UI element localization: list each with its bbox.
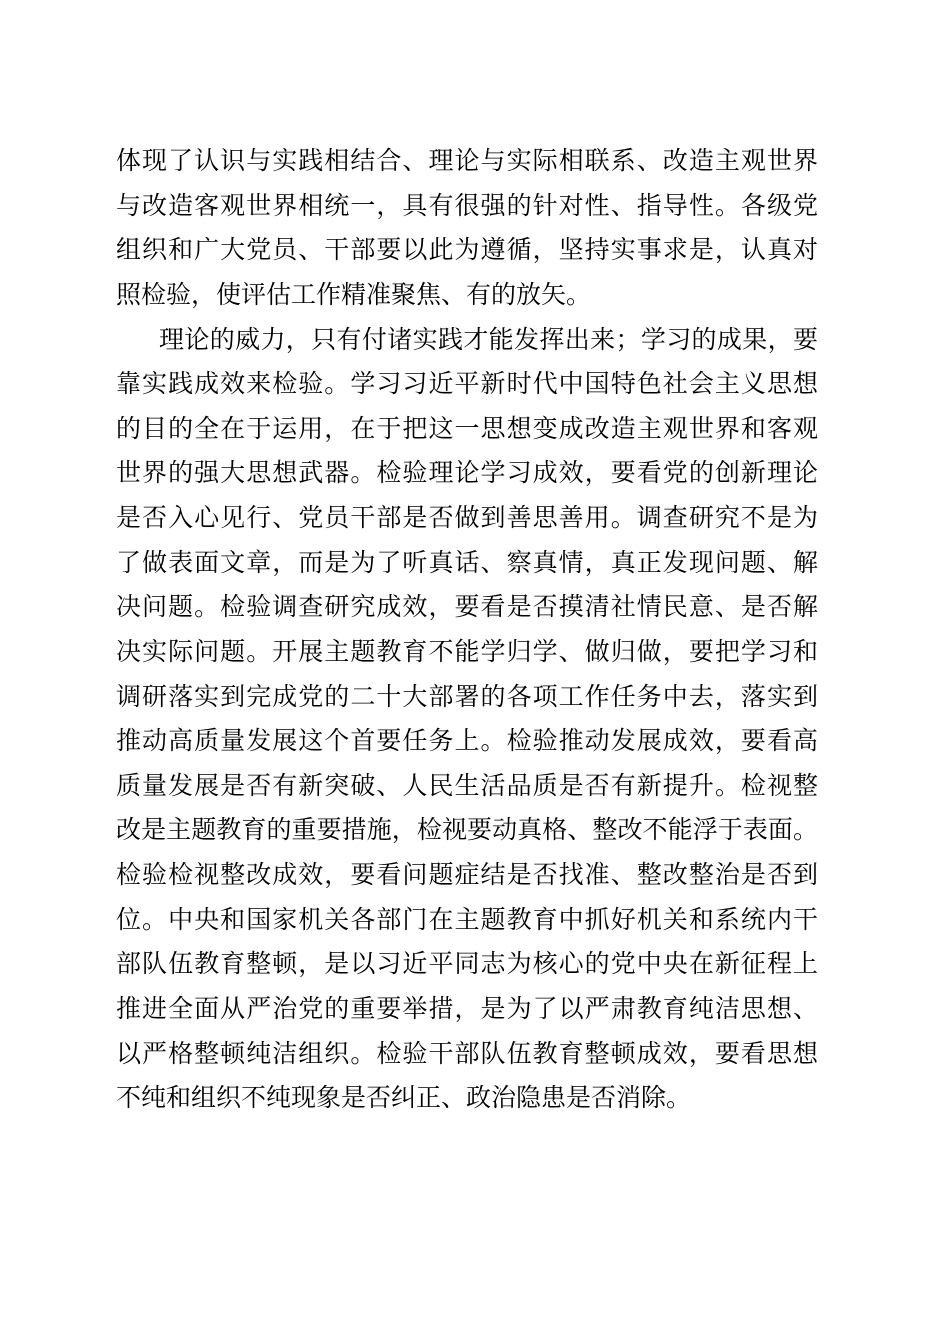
text-line: 不纯和组织不纯现象是否纠正、政治隐患是否消除。	[116, 1077, 818, 1122]
text-line: 检验检视整改成效，要看问题症结是否找准、整改整治是否到	[116, 854, 818, 899]
text-line: 决问题。检验调查研究成效，要看是否摸清社情民意、是否解	[116, 586, 818, 631]
text-line: 世界的强大思想武器。检验理论学习成效，要看党的创新理论	[116, 452, 818, 497]
text-line: 以严格整顿纯洁组织。检验干部队伍教育整顿成效，要看思想	[116, 1033, 818, 1078]
text-line: 照检验，使评估工作精准聚焦、有的放矢。	[116, 274, 818, 319]
text-line: 体现了认识与实践相结合、理论与实际相联系、改造主观世界	[116, 140, 818, 185]
text-line: 是否入心见行、党员干部是否做到善思善用。调查研究不是为	[116, 497, 818, 542]
paragraph-2: 理论的威力，只有付诸实践才能发挥出来；学习的成果，要 靠实践成效来检验。学习习近…	[116, 319, 818, 1122]
text-line: 质量发展是否有新突破、人民生活品质是否有新提升。检视整	[116, 765, 818, 810]
paragraph-1: 体现了认识与实践相结合、理论与实际相联系、改造主观世界 与改造客观世界相统一，具…	[116, 140, 818, 319]
text-line: 与改造客观世界相统一，具有很强的针对性、指导性。各级党	[116, 185, 818, 230]
text-line: 推动高质量发展这个首要任务上。检验推动发展成效，要看高	[116, 720, 818, 765]
text-line: 调研落实到完成党的二十大部署的各项工作任务中去，落实到	[116, 676, 818, 721]
text-line: 的目的全在于运用，在于把这一思想变成改造主观世界和客观	[116, 408, 818, 453]
text-line: 了做表面文章，而是为了听真话、察真情，真正发现问题、解	[116, 542, 818, 587]
text-line: 理论的威力，只有付诸实践才能发挥出来；学习的成果，要	[116, 319, 818, 364]
text-line: 决实际问题。开展主题教育不能学归学、做归做，要把学习和	[116, 631, 818, 676]
text-line: 组织和广大党员、干部要以此为遵循，坚持实事求是，认真对	[116, 229, 818, 274]
text-line: 位。中央和国家机关各部门在主题教育中抓好机关和系统内干	[116, 899, 818, 944]
text-line: 部队伍教育整顿，是以习近平同志为核心的党中央在新征程上	[116, 943, 818, 988]
document-page: 体现了认识与实践相结合、理论与实际相联系、改造主观世界 与改造客观世界相统一，具…	[0, 0, 950, 1344]
text-line: 改是主题教育的重要措施，检视要动真格、整改不能浮于表面。	[116, 809, 818, 854]
document-body: 体现了认识与实践相结合、理论与实际相联系、改造主观世界 与改造客观世界相统一，具…	[116, 140, 818, 1122]
text-line: 靠实践成效来检验。学习习近平新时代中国特色社会主义思想	[116, 363, 818, 408]
text-line: 推进全面从严治党的重要举措，是为了以严肃教育纯洁思想、	[116, 988, 818, 1033]
